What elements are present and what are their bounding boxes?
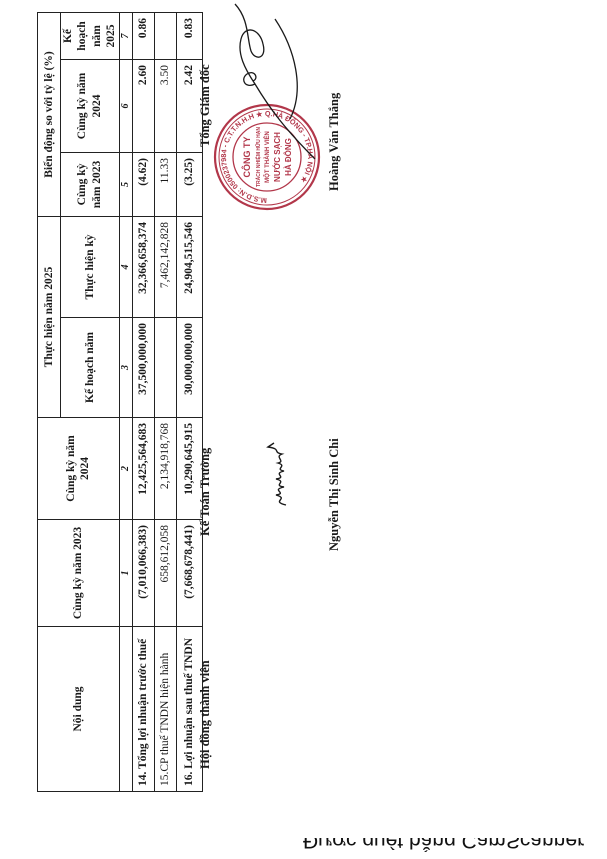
profit-report-table: Nội dung Cùng kỳ năm 2023 Cùng kỳ năm 20… (37, 12, 203, 792)
header-group-actual-2025: Thực hiện năm 2025 (38, 216, 61, 417)
ceo-name: Hoàng Văn Thắng (327, 93, 342, 191)
cell-vs-2023: (3.25) (176, 152, 202, 216)
header-vs-2024: Cùng kỳ năm 2024 (61, 59, 120, 152)
table-row: 14. Tổng lợi nhuận trước thuế (7,010,066… (132, 12, 154, 791)
header-prior-2024: Cùng kỳ năm 2024 (38, 418, 120, 520)
chief-accountant-signature-icon (260, 439, 296, 509)
cell-vs-plan-2025 (154, 12, 176, 59)
cell-prior-2024: 12,425,564,683 (132, 418, 154, 520)
column-number: 7 (119, 12, 132, 59)
cell-plan-2025: 37,500,000,000 (132, 318, 154, 418)
cell-prior-2023: (7,010,066,383) (132, 520, 154, 627)
header-vs-2023: Cùng kỳ năm 2023 (61, 152, 120, 216)
cell-plan-2025 (154, 318, 176, 418)
cell-plan-2025: 30,000,000,000 (176, 318, 202, 418)
header-actual-2025: Thực hiện kỳ (61, 216, 120, 317)
cell-vs-2023: (4.62) (132, 152, 154, 216)
column-number: 2 (119, 418, 132, 520)
chief-accountant-title: Kế Toán Trưởng (198, 448, 213, 536)
cell-vs-2024: 2.60 (132, 59, 154, 152)
chief-accountant-name: Nguyễn Thị Sinh Chi (327, 438, 342, 551)
header-prior-2023: Cùng kỳ năm 2023 (38, 520, 120, 627)
cell-actual-2025: 7,462,142,828 (154, 216, 176, 317)
row-label: 14. Tổng lợi nhuận trước thuế (132, 627, 154, 792)
row-label: 15.CP thuế TNDN hiện hành (154, 627, 176, 792)
header-vs-plan-2025: Kế hoạch năm 2025 (61, 12, 120, 59)
cell-actual-2025: 32,366,658,374 (132, 216, 154, 317)
cell-vs-plan-2025: 0.83 (176, 12, 202, 59)
column-number-blank (119, 627, 132, 792)
ceo-title: Tổng Giám đốc (198, 64, 213, 147)
cell-actual-2025: 24,904,515,546 (176, 216, 202, 317)
column-number: 1 (119, 520, 132, 627)
cell-vs-plan-2025: 0.86 (132, 12, 154, 59)
cell-prior-2023: 658,612,058 (154, 520, 176, 627)
scanned-page: Nội dung Cùng kỳ năm 2023 Cùng kỳ năm 20… (0, 0, 607, 859)
column-number: 6 (119, 59, 132, 152)
column-number-row: 1 2 3 4 5 6 7 (119, 12, 132, 791)
ceo-signature-icon (215, 0, 335, 179)
cell-vs-2023: 11.33 (154, 152, 176, 216)
cell-prior-2024: 2,134,918,768 (154, 418, 176, 520)
board-signature-title: Hội đồng thành viên (198, 660, 213, 769)
cell-vs-2024: 3.50 (154, 59, 176, 152)
column-number: 3 (119, 318, 132, 418)
column-number: 5 (119, 152, 132, 216)
header-group-change: Biến động so với tỷ lệ (%) (38, 12, 61, 216)
header-content: Nội dung (38, 627, 120, 792)
column-number: 4 (119, 216, 132, 317)
header-plan-2025: Kế hoạch năm (61, 318, 120, 418)
table-row: 15.CP thuế TNDN hiện hành 658,612,058 2,… (154, 12, 176, 791)
